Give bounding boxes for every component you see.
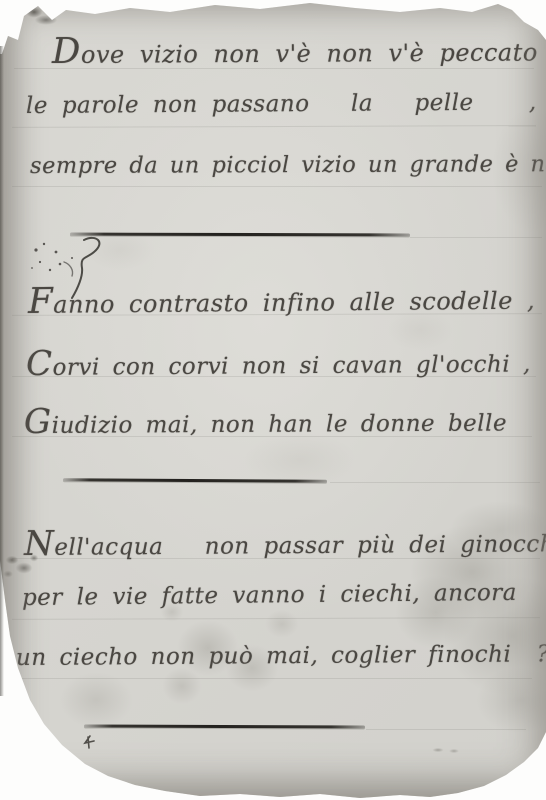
pencil-scribble <box>428 744 468 756</box>
verse-line: un ciecho non può mai, coglier finochi ?… <box>16 642 546 671</box>
scanned-photo: Dove vizio non v'è non v'è peccato , le … <box>0 0 546 800</box>
guideline <box>12 678 532 679</box>
verse-line: Corvi con corvi non si cavan gl'occhi , <box>26 342 531 383</box>
ink-rule-separator <box>84 725 365 729</box>
verse-line: Dove vizio non v'è non v'è peccato , <box>52 29 546 71</box>
water-stains <box>0 0 546 800</box>
verse-line: per le vie fatte vanno i ciechi, ancora … <box>22 580 546 611</box>
aged-edge-vignette <box>0 0 546 800</box>
guideline <box>12 125 536 128</box>
guideline <box>12 186 542 187</box>
manuscript-page: Dove vizio non v'è non v'è peccato , le … <box>0 0 546 800</box>
torn-corner-ink-mark <box>20 2 64 34</box>
ink-smudge <box>0 546 44 586</box>
ink-rule-separator <box>63 478 327 483</box>
verse-line: sempre da un picciol vizio un grande è n… <box>30 152 546 179</box>
guideline <box>330 482 540 483</box>
verse-line: le parole non passano la pelle , <box>26 90 537 119</box>
ink-mark <box>80 734 98 750</box>
verse-line: Nell'acqua non passar più dei ginocchi . <box>24 522 546 564</box>
guideline <box>366 729 526 730</box>
guideline <box>410 237 542 238</box>
ink-rule-separator <box>70 233 410 237</box>
verse-line: Fanno contrasto infino alle scodelle , <box>28 278 535 321</box>
verse-line: Giudizio mai, non han le donne belle ? . <box>24 401 546 441</box>
guideline <box>12 617 540 620</box>
